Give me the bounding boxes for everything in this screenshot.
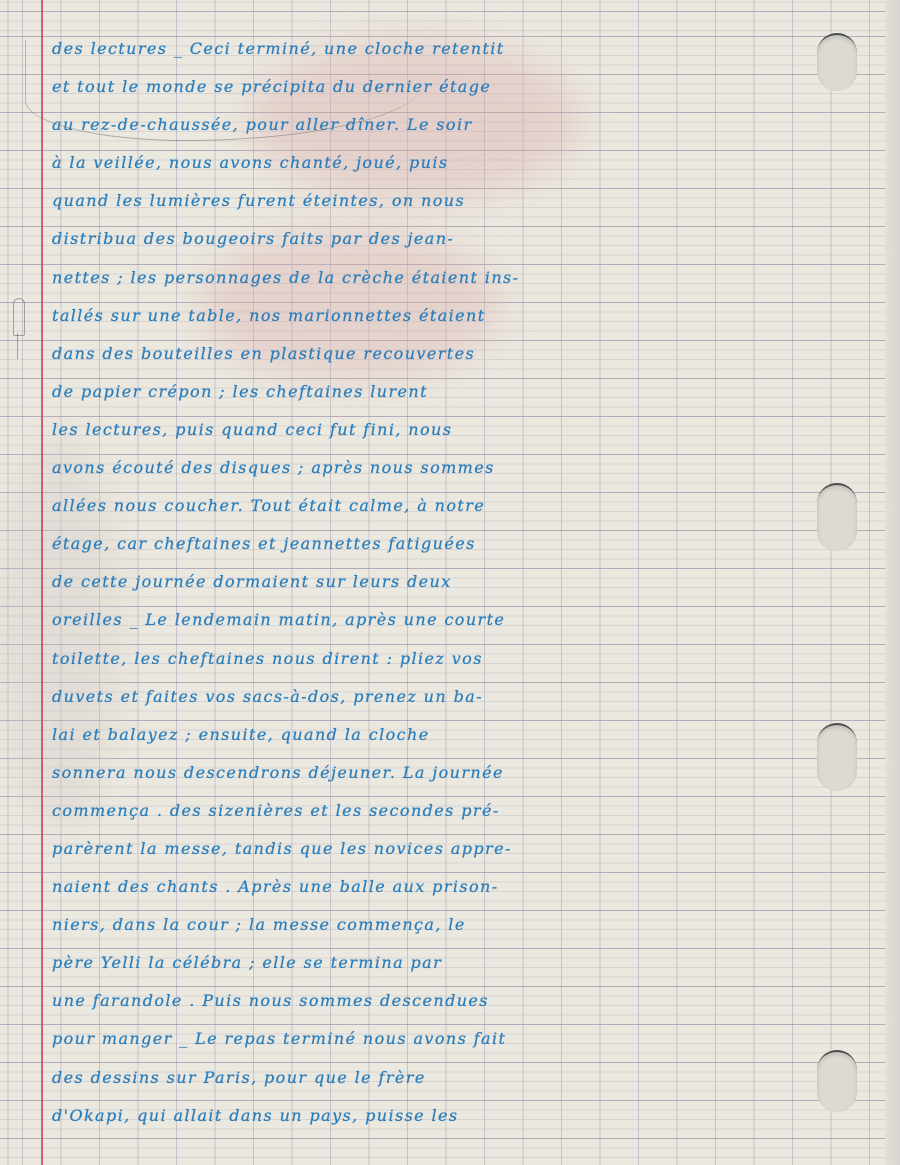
text-line: commença . des sizenières et les seconde… — [52, 792, 892, 830]
text-line: allées nous coucher. Tout était calme, à… — [52, 487, 892, 525]
text-line: de papier crépon ; les cheftaines lurent — [52, 373, 892, 411]
text-line: naient des chants . Après une balle aux … — [52, 868, 892, 906]
pencil-doodle-icon — [13, 298, 25, 336]
text-line: pour manger _ Le repas terminé nous avon… — [52, 1020, 892, 1058]
text-line: des dessins sur Paris, pour que le frère — [52, 1059, 892, 1097]
text-line: et tout le monde se précipita du dernier… — [52, 68, 892, 106]
handwritten-text: des lectures _ Ceci terminé, une cloche … — [52, 30, 892, 1135]
text-line: toilette, les cheftaines nous dirent : p… — [52, 640, 892, 678]
text-line: quand les lumières furent éteintes, on n… — [52, 182, 892, 220]
text-line: d'Okapi, qui allait dans un pays, puisse… — [52, 1097, 892, 1135]
text-line: nettes ; les personnages de la crèche ét… — [52, 259, 892, 297]
red-margin-line — [41, 0, 43, 1165]
text-line: sonnera nous descendrons déjeuner. La jo… — [52, 754, 892, 792]
text-line: duvets et faites vos sacs-à-dos, prenez … — [52, 678, 892, 716]
notebook-page: des lectures _ Ceci terminé, une cloche … — [0, 0, 900, 1165]
text-line: père Yelli la célébra ; elle se termina … — [52, 944, 892, 982]
text-line: une farandole . Puis nous sommes descend… — [52, 982, 892, 1020]
text-line: au rez-de-chaussée, pour aller dîner. Le… — [52, 106, 892, 144]
text-line: tallés sur une table, nos marionnettes é… — [52, 297, 892, 335]
text-line: à la veillée, nous avons chanté, joué, p… — [52, 144, 892, 182]
text-line: des lectures _ Ceci terminé, une cloche … — [52, 30, 892, 68]
text-line: étage, car cheftaines et jeannettes fati… — [52, 525, 892, 563]
text-line: distribua des bougeoirs faits par des je… — [52, 220, 892, 258]
text-line: dans des bouteilles en plastique recouve… — [52, 335, 892, 373]
text-line: avons écouté des disques ; après nous so… — [52, 449, 892, 487]
text-line: les lectures, puis quand ceci fut fini, … — [52, 411, 892, 449]
text-line: oreilles _ Le lendemain matin, après une… — [52, 601, 892, 639]
text-line: de cette journée dormaient sur leurs deu… — [52, 563, 892, 601]
text-line: lai et balayez ; ensuite, quand la cloch… — [52, 716, 892, 754]
text-line: niers, dans la cour ; la messe commença,… — [52, 906, 892, 944]
text-line: parèrent la messe, tandis que les novice… — [52, 830, 892, 868]
